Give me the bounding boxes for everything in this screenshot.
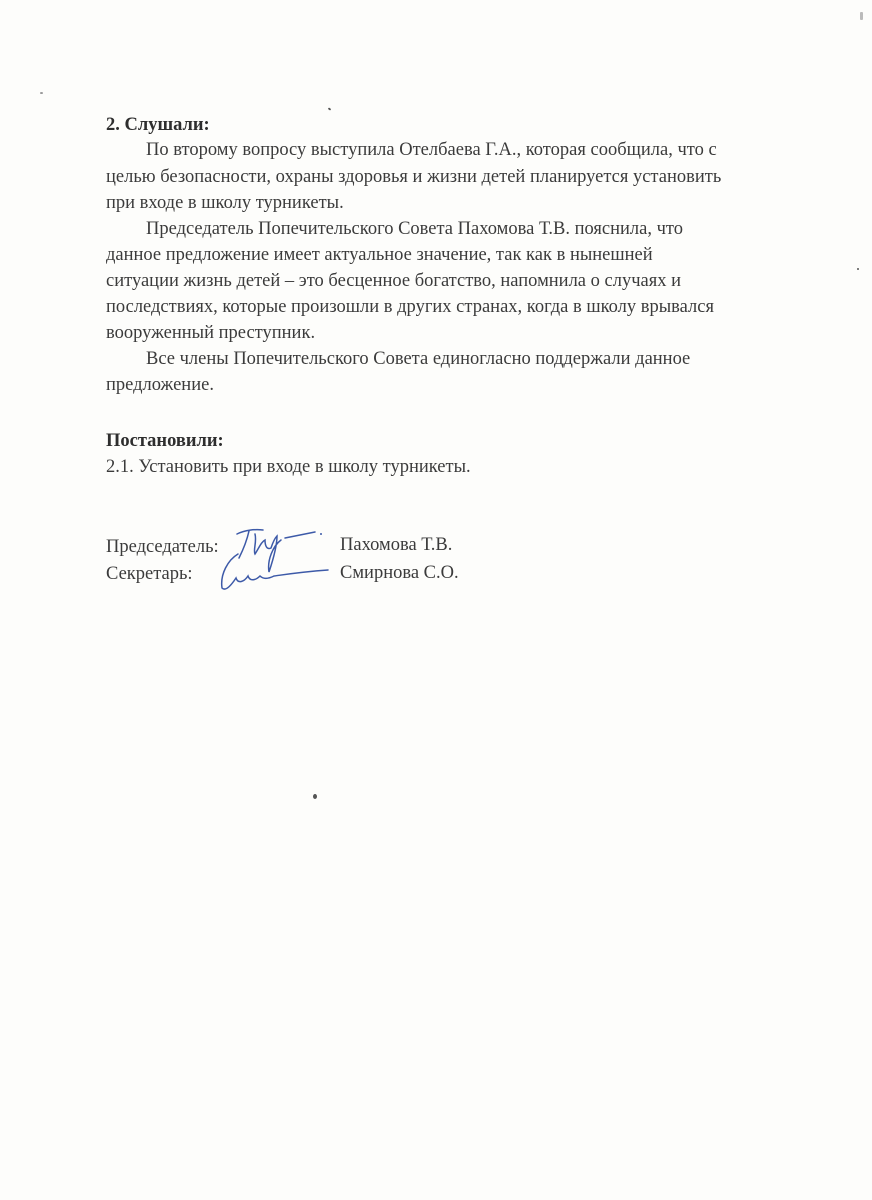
resolution-item: 2.1. Установить при входе в школу турник… — [106, 454, 471, 480]
paragraph-line: ситуации жизнь детей – это бесценное бог… — [106, 268, 681, 294]
ink-speck — [857, 268, 859, 270]
ink-speck — [313, 794, 317, 799]
chair-name: Пахомова Т.В. — [340, 532, 452, 558]
paragraph-line: Все члены Попечительского Совета единогл… — [146, 346, 690, 372]
paragraph-line: данное предложение имеет актуальное знач… — [106, 242, 653, 268]
secretary-signature-icon — [210, 548, 340, 598]
section-heading-resolved: Постановили: — [106, 428, 224, 454]
document-page: 2. Слушали: По второму вопросу выступила… — [0, 0, 872, 1200]
paragraph-line: По второму вопросу выступила Отелбаева Г… — [146, 137, 717, 163]
paragraph-line: целью безопасности, охраны здоровья и жи… — [106, 164, 721, 190]
paragraph-line: последствиях, которые произошли в других… — [106, 294, 714, 320]
secretary-name: Смирнова С.О. — [340, 560, 459, 586]
paragraph-line: предложение. — [106, 372, 214, 398]
ink-speck — [328, 107, 332, 110]
ink-speck — [40, 92, 43, 94]
paragraph-line: вооруженный преступник. — [106, 320, 315, 346]
chair-label: Председатель: — [106, 534, 219, 560]
secretary-label: Секретарь: — [106, 561, 193, 587]
paragraph-line: Председатель Попечительского Совета Пахо… — [146, 216, 683, 242]
section-heading-heard: 2. Слушали: — [106, 112, 210, 138]
ink-speck — [860, 12, 863, 20]
paragraph-line: при входе в школу турникеты. — [106, 190, 344, 216]
